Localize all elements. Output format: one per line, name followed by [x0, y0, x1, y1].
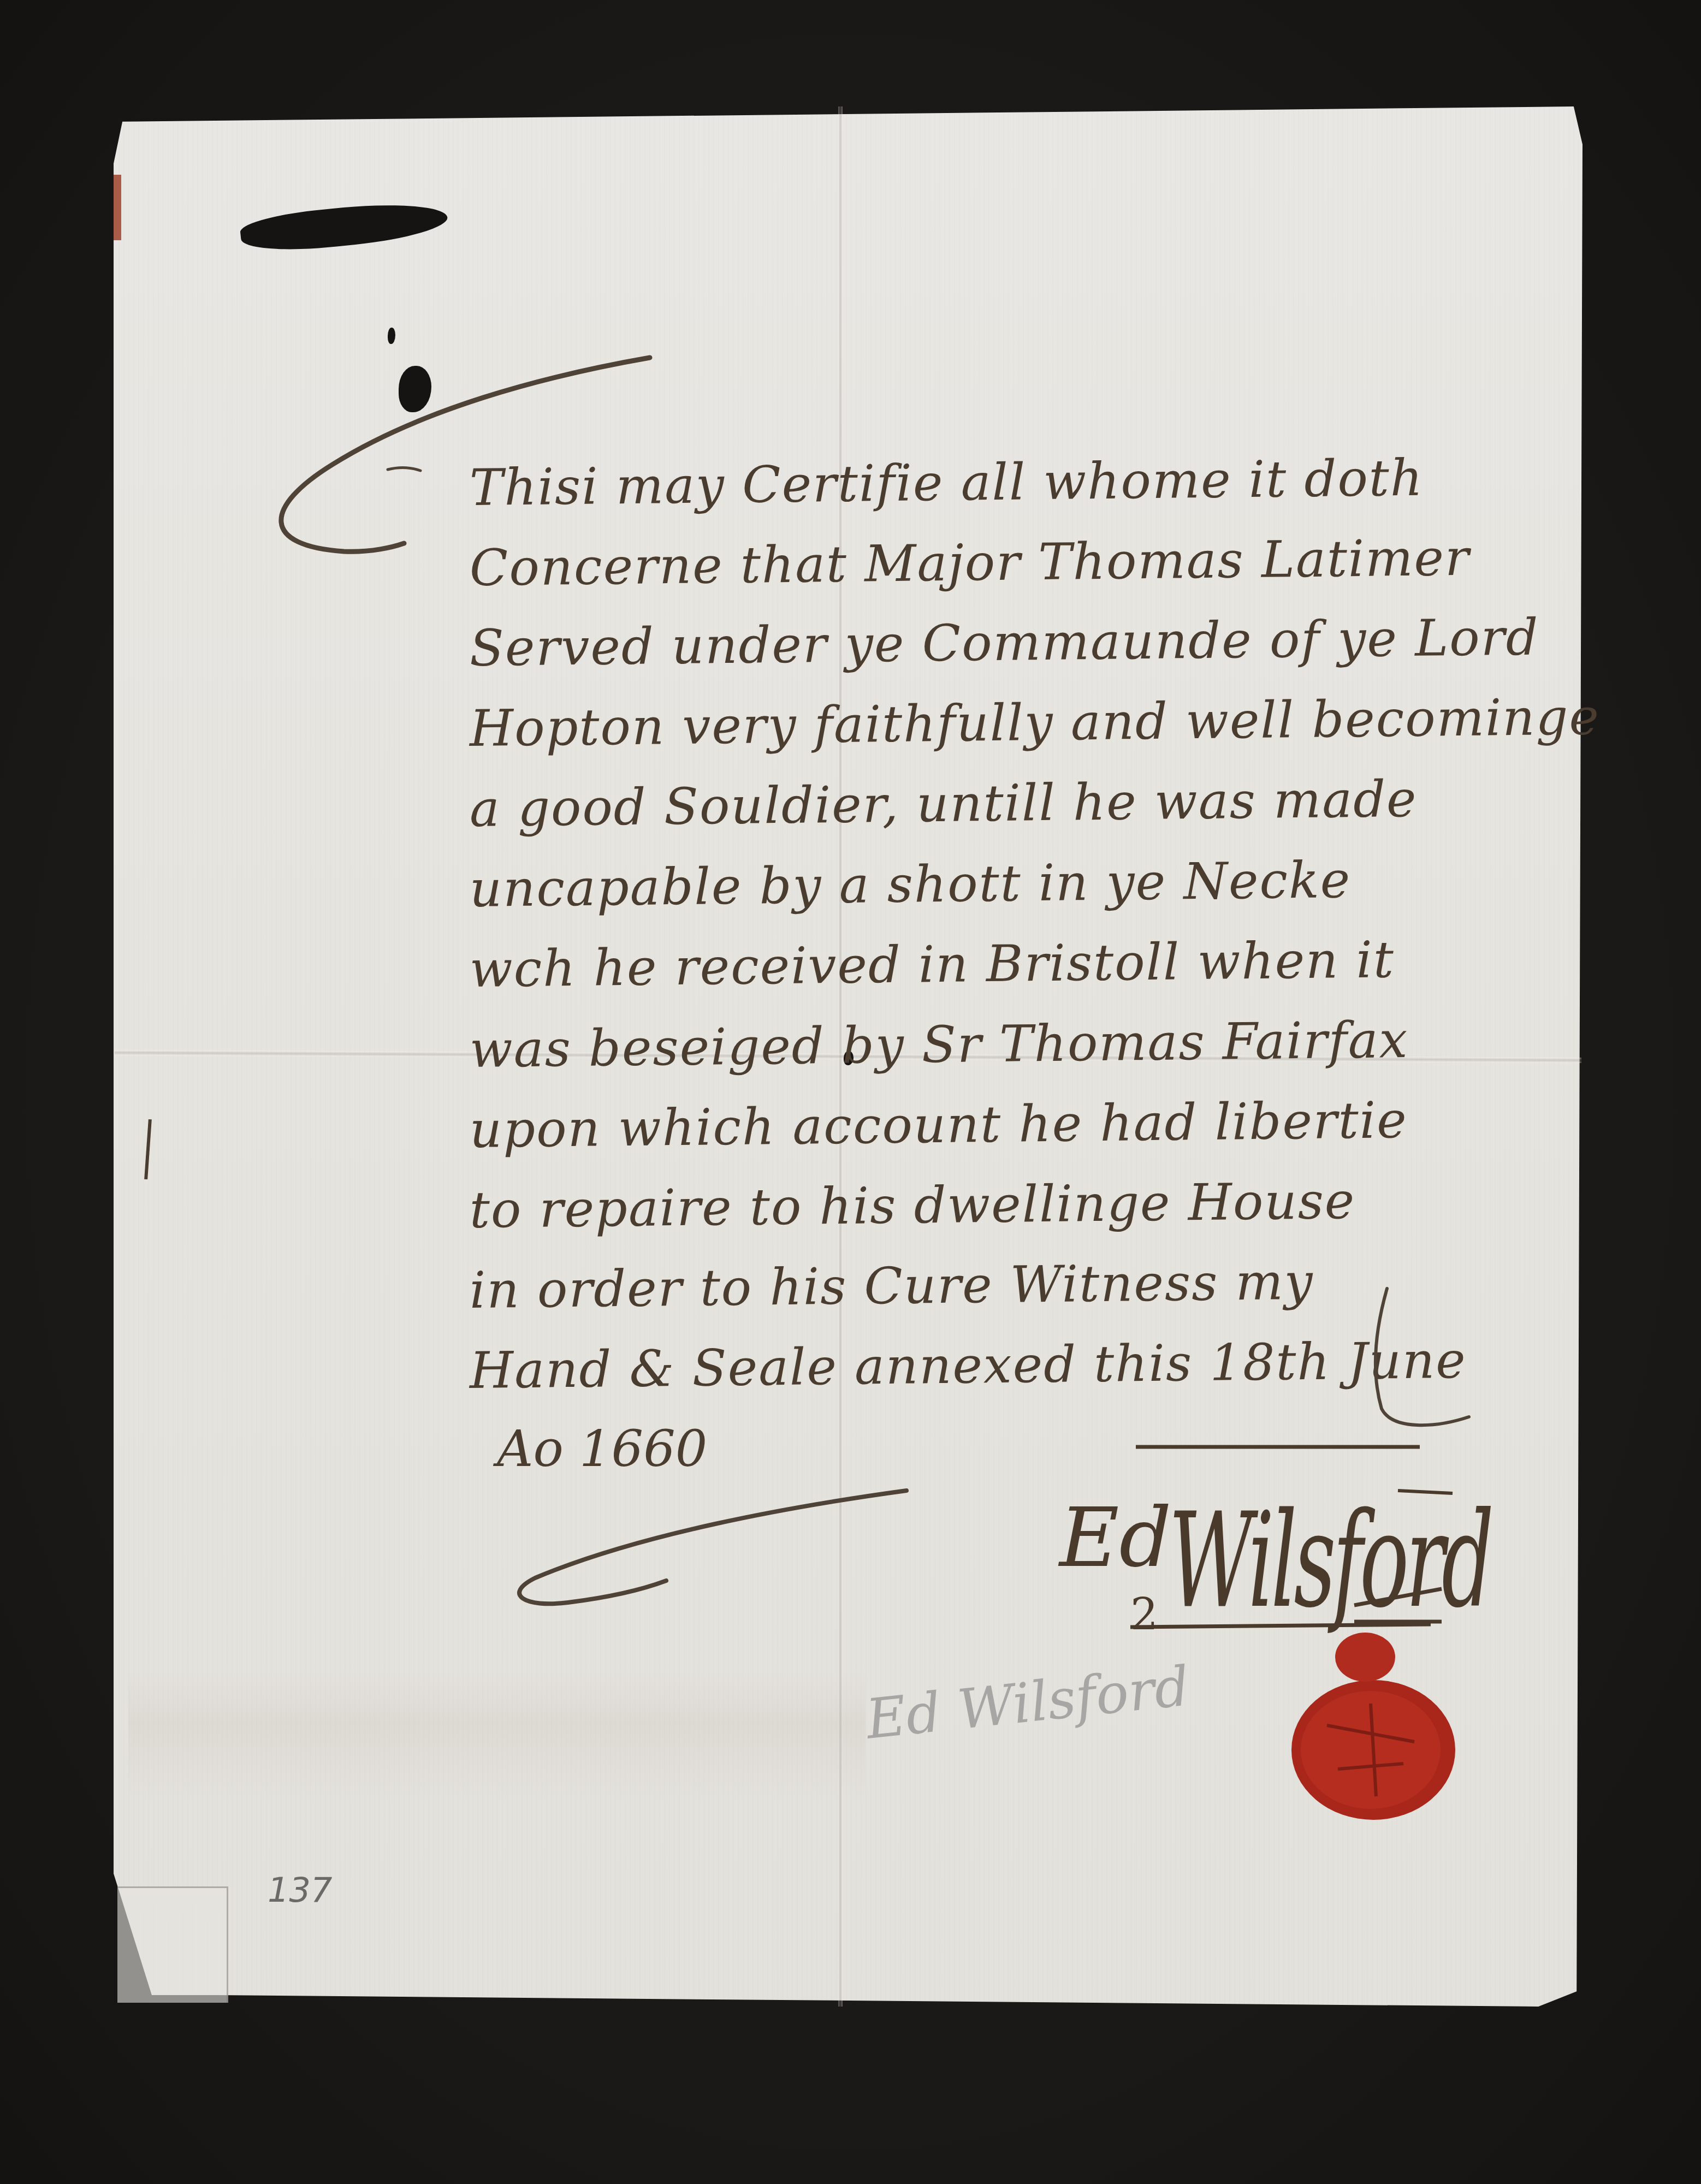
text-line: Thisi may Certifie all whome it doth [469, 436, 1562, 528]
text-line: Served under ye Commaunde of ye Lord [469, 597, 1562, 689]
signature-surname: Wilsford [1169, 1485, 1491, 1637]
text-line: was beseiged by Sr Thomas Fairfax [469, 998, 1562, 1090]
signature-block: Ed Wilsford 2 [1048, 1425, 1463, 1643]
text-line: to repaire to his dwellinge House [469, 1159, 1562, 1250]
text-line: a good Souldier, untill he was made [469, 757, 1562, 849]
folio-number: 137 [268, 1870, 332, 1910]
text-line: wch he received in Bristoll when it [469, 918, 1562, 1010]
water-stain [128, 1671, 866, 1802]
text-line: Concerne that Major Thomas Latimer [469, 517, 1562, 608]
year-line: Ao 1660 [497, 1420, 707, 1478]
text-line: upon which account he had libertie [469, 1078, 1562, 1170]
red-wax-seal [1289, 1633, 1458, 1824]
text-line: uncapable by a shott in ye Necke [469, 838, 1562, 929]
signature-number-mark: 2 [1130, 1589, 1158, 1640]
text-line: Hopton very faithfully and well becoming… [469, 677, 1562, 769]
red-wax-residue-edge [114, 175, 121, 240]
june-flourish [1343, 1283, 1518, 1436]
signature-initial: Ed [1059, 1491, 1172, 1586]
certificate-body: Thisi may Certifie all whome it doth Con… [470, 448, 1562, 1411]
closing-flourish [502, 1485, 917, 1611]
folded-corner [117, 1886, 228, 2003]
